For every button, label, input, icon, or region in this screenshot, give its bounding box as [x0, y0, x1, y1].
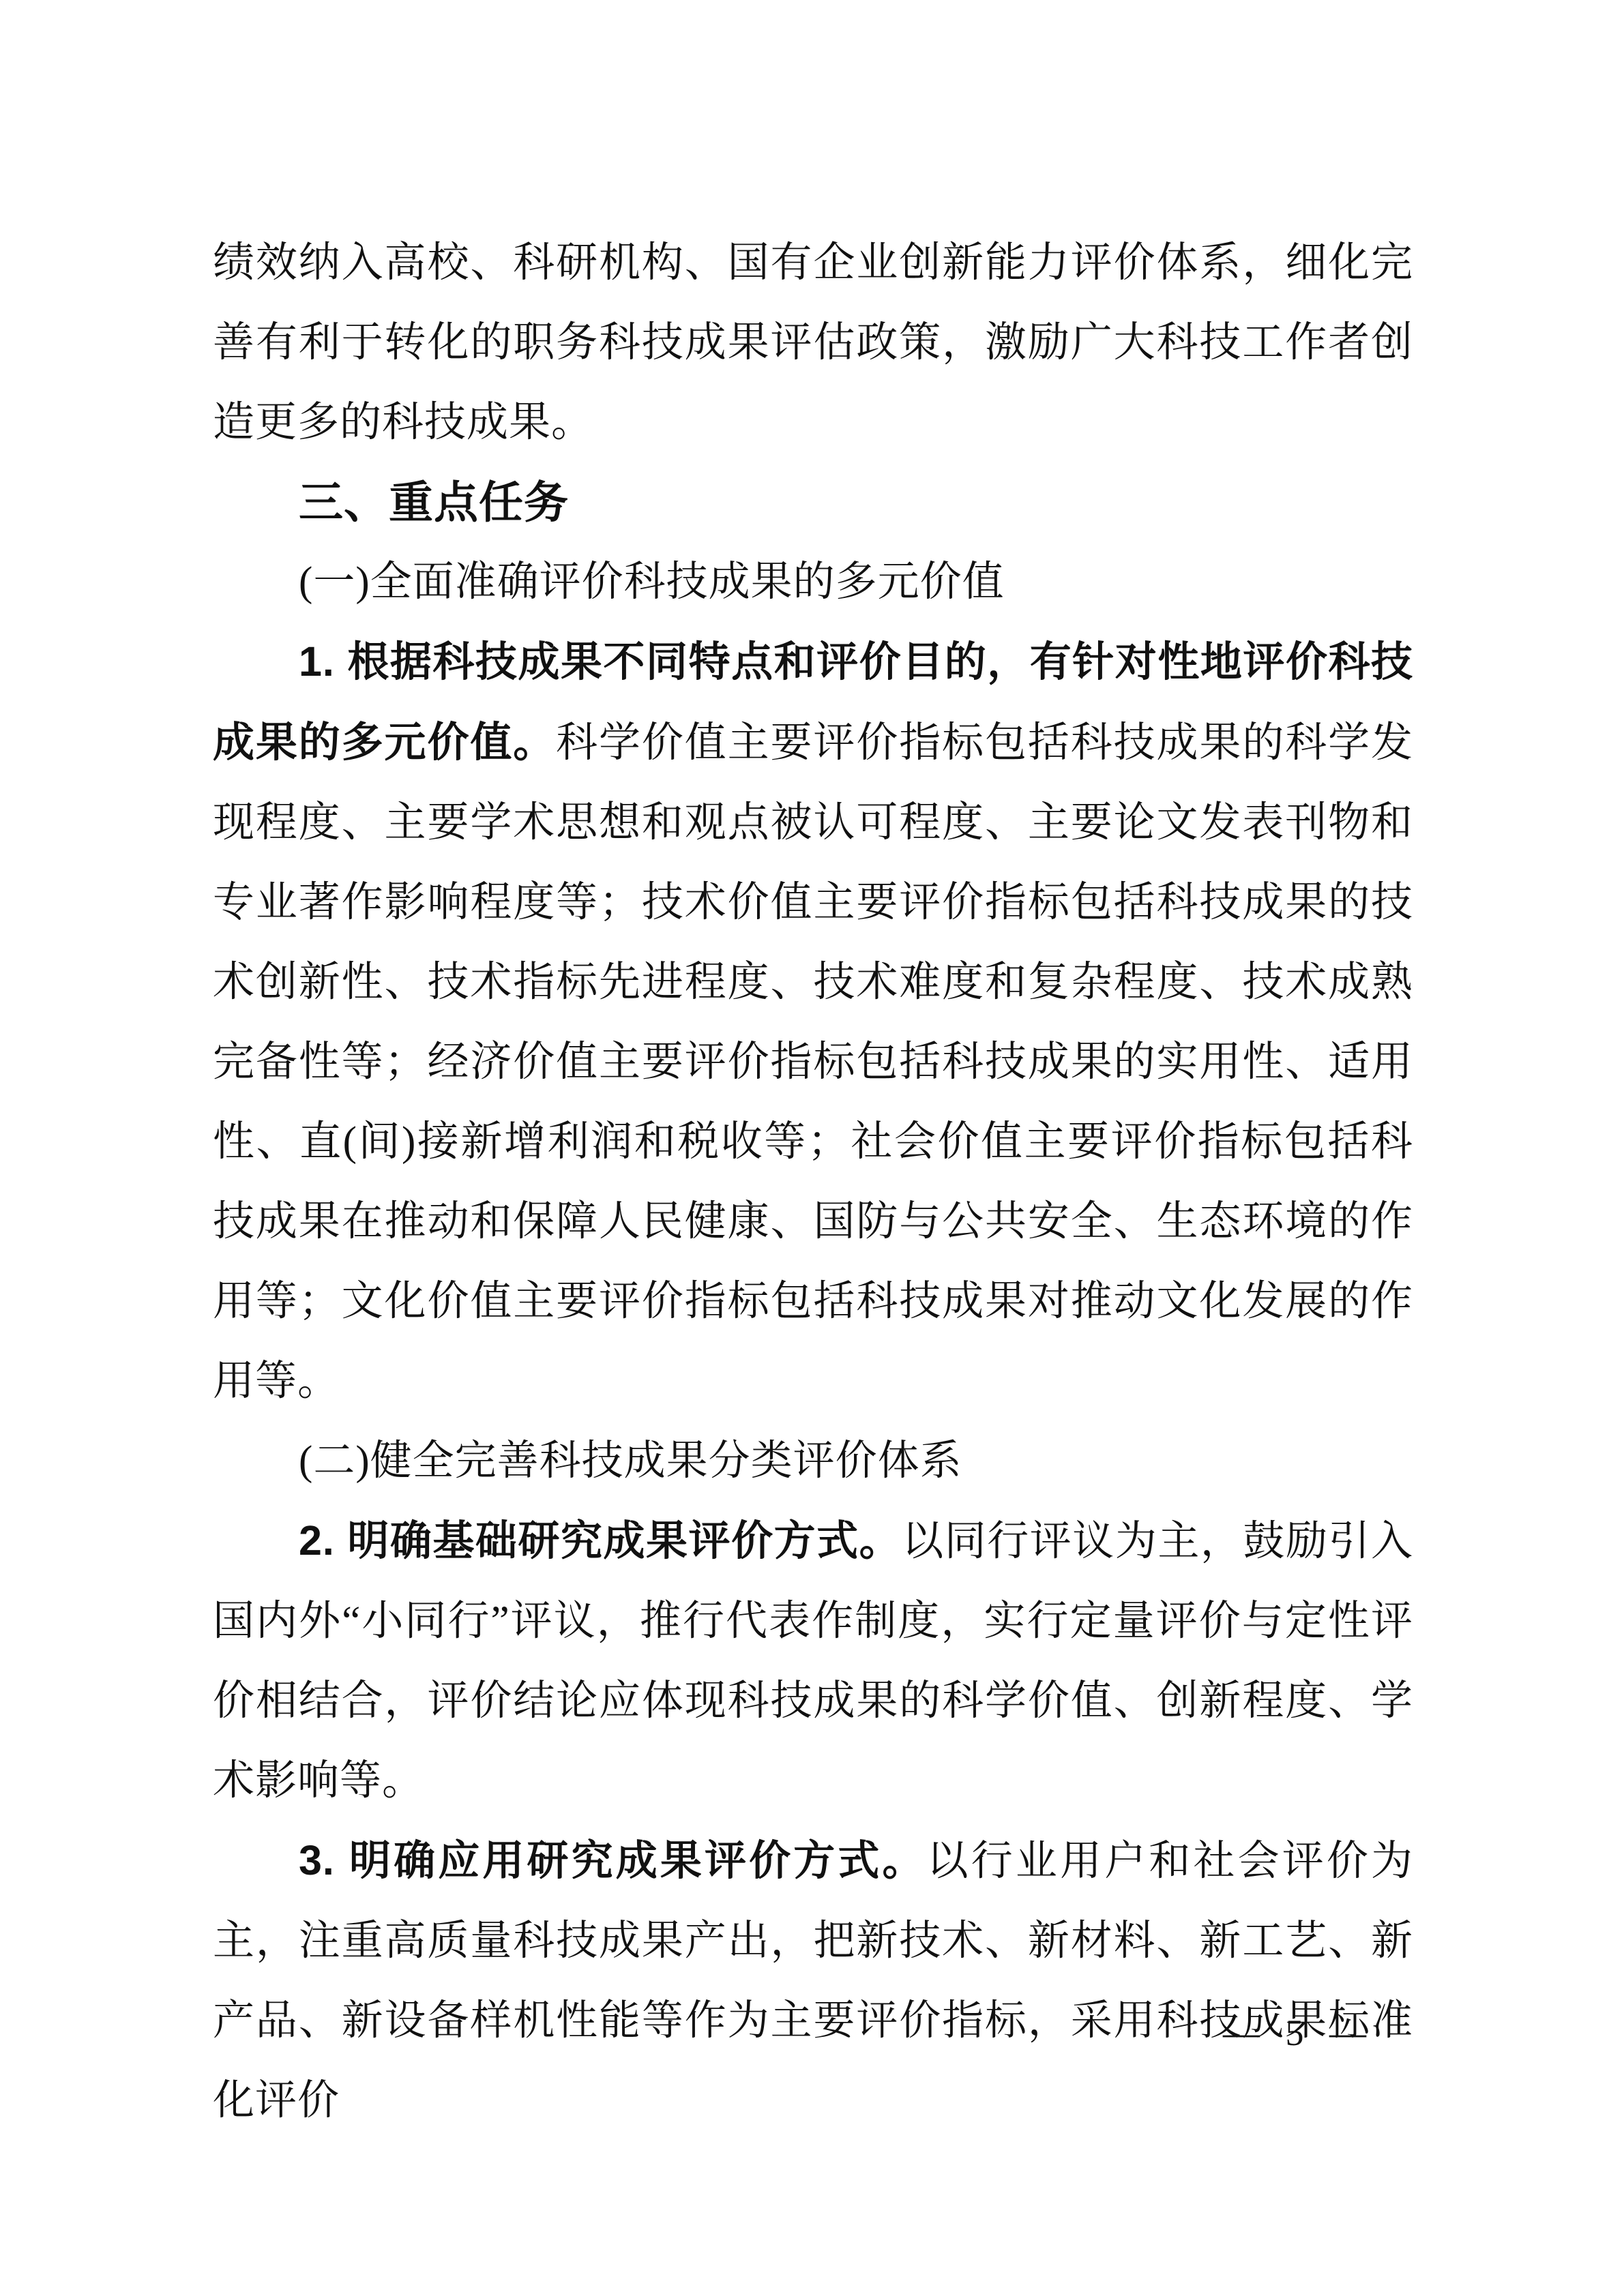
page-number: — 5 —	[1223, 2012, 1374, 2054]
sub-heading-text: (二)健全完善科技成果分类评价体系	[299, 1438, 962, 1484]
paragraph-item-2: 2. 明确基础研究成果评价方式。以同行评议为主，鼓励引入国内外“小同行”评议，推…	[213, 1501, 1413, 1821]
paragraph-text: 绩效纳入高校、科研机构、国有企业创新能力评价体系，细化完善有利于转化的职务科技成…	[213, 240, 1413, 445]
paragraph-item-1-body: 科学价值主要评价指标包括科技成果的科学发现程度、主要学术思想和观点被认可程度、主…	[213, 720, 1413, 1404]
document-page: 绩效纳入高校、科研机构、国有企业创新能力评价体系，细化完善有利于转化的职务科技成…	[0, 0, 1624, 2296]
paragraph-item-3: 3. 明确应用研究成果评价方式。以行业用户和社会评价为主，注重高质量科技成果产出…	[213, 1821, 1413, 2141]
section-heading-text: 三、重点任务	[299, 477, 569, 527]
sub-heading-text: (一)全面准确评价科技成果的多元价值	[299, 559, 1005, 605]
sub-heading-multi-value-evaluation: (一)全面准确评价科技成果的多元价值	[213, 542, 1413, 622]
document-body: 绩效纳入高校、科研机构、国有企业创新能力评价体系，细化完善有利于转化的职务科技成…	[213, 223, 1413, 2141]
paragraph-item-1: 1. 根据科技成果不同特点和评价目的，有针对性地评价科技成果的多元价值。科学价值…	[213, 622, 1413, 1421]
section-heading-key-tasks: 三、重点任务	[213, 462, 1413, 542]
sub-heading-classified-evaluation-system: (二)健全完善科技成果分类评价体系	[213, 1421, 1413, 1501]
paragraph-item-2-lead: 2. 明确基础研究成果评价方式。	[299, 1517, 902, 1564]
paragraph-continuation: 绩效纳入高校、科研机构、国有企业创新能力评价体系，细化完善有利于转化的职务科技成…	[213, 223, 1413, 462]
paragraph-item-3-lead: 3. 明确应用研究成果评价方式。	[299, 1837, 927, 1883]
